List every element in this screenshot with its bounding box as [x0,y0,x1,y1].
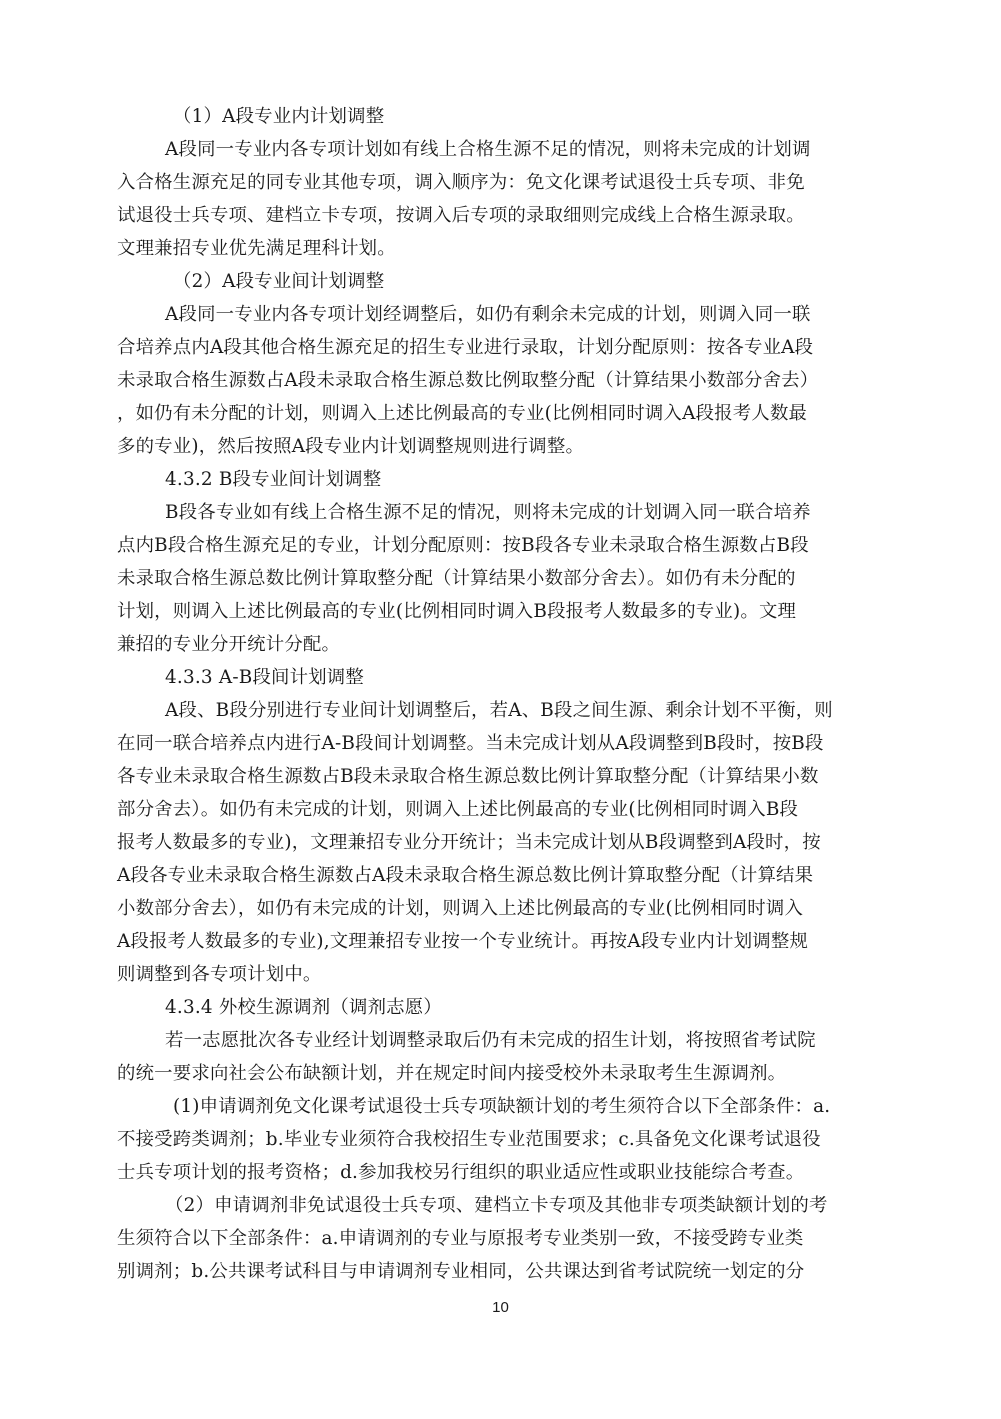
paragraph-line: 多的专业)，然后按照A段专业内计划调整规则进行调整。 [117,430,897,463]
paragraph-line: 试退役士兵专项、建档立卡专项，按调入后专项的录取细则完成线上合格生源录取。 [117,199,897,232]
paragraph-line: 兼招的专业分开统计分配。 [117,628,897,661]
paragraph-line: A段报考人数最多的专业),文理兼招专业按一个专业统计。再按A段专业内计划调整规 [117,925,897,958]
paragraph-line: 生须符合以下全部条件：a.申请调剂的专业与原报考专业类别一致，不接受跨专业类 [117,1222,897,1255]
section-heading: 4.3.3 A-B段间计划调整 [117,661,897,694]
document-body: （1）A段专业内计划调整 A段同一专业内各专项计划如有线上合格生源不足的情况，则… [117,100,897,1288]
paragraph-line: 点内B段合格生源充足的专业，计划分配原则：按B段各专业未录取合格生源数占B段 [117,529,897,562]
paragraph-line: 则调整到各专项计划中。 [117,958,897,991]
paragraph-line: 未录取合格生源数占A段未录取合格生源总数比例取整分配（计算结果小数部分舍去） [117,364,897,397]
paragraph-line: 文理兼招专业优先满足理科计划。 [117,232,897,265]
paragraph-line: A段同一专业内各专项计划经调整后，如仍有剩余未完成的计划，则调入同一联 [117,298,897,331]
paragraph-line: 未录取合格生源总数比例计算取整分配（计算结果小数部分舍去）。如仍有未分配的 [117,562,897,595]
paragraph-line: （2）申请调剂非免试退役士兵专项、建档立卡专项及其他非专项类缺额计划的考 [117,1189,897,1222]
section-heading: （1）A段专业内计划调整 [117,100,897,133]
document-page: （1）A段专业内计划调整 A段同一专业内各专项计划如有线上合格生源不足的情况，则… [0,0,1001,1419]
paragraph-line: 小数部分舍去），如仍有未完成的计划，则调入上述比例最高的专业(比例相同时调入 [117,892,897,925]
paragraph-line: 各专业未录取合格生源数占B段未录取合格生源总数比例计算取整分配（计算结果小数 [117,760,897,793]
paragraph-line: 士兵专项计划的报考资格；d.参加我校另行组织的职业适应性或职业技能综合考查。 [117,1156,897,1189]
section-heading: （2）A段专业间计划调整 [117,265,897,298]
page-number: 10 [0,1299,1001,1316]
paragraph-line: 的统一要求向社会公布缺额计划，并在规定时间内接受校外未录取考生生源调剂。 [117,1057,897,1090]
paragraph-line: 部分舍去）。如仍有未完成的计划，则调入上述比例最高的专业(比例相同时调入B段 [117,793,897,826]
paragraph-line: (1)申请调剂免文化课考试退役士兵专项缺额计划的考生须符合以下全部条件：a. [117,1090,897,1123]
section-heading: 4.3.2 B段专业间计划调整 [117,463,897,496]
paragraph-line: 报考人数最多的专业)，文理兼招专业分开统计；当未完成计划从B段调整到A段时，按 [117,826,897,859]
paragraph-line: A段同一专业内各专项计划如有线上合格生源不足的情况，则将未完成的计划调 [117,133,897,166]
paragraph-line: 计划，则调入上述比例最高的专业(比例相同时调入B段报考人数最多的专业)。文理 [117,595,897,628]
section-heading: 4.3.4 外校生源调剂（调剂志愿） [117,991,897,1024]
paragraph-line: 在同一联合培养点内进行A-B段间计划调整。当未完成计划从A段调整到B段时，按B段 [117,727,897,760]
paragraph-line: ，如仍有未分配的计划，则调入上述比例最高的专业(比例相同时调入A段报考人数最 [117,397,897,430]
paragraph-line: 合培养点内A段其他合格生源充足的招生专业进行录取，计划分配原则：按各专业A段 [117,331,897,364]
paragraph-line: B段各专业如有线上合格生源不足的情况，则将未完成的计划调入同一联合培养 [117,496,897,529]
paragraph-line: 不接受跨类调剂；b.毕业专业须符合我校招生专业范围要求；c.具备免文化课考试退役 [117,1123,897,1156]
paragraph-line: 若一志愿批次各专业经计划调整录取后仍有未完成的招生计划，将按照省考试院 [117,1024,897,1057]
paragraph-line: A段、B段分别进行专业间计划调整后，若A、B段之间生源、剩余计划不平衡，则 [117,694,897,727]
paragraph-line: 别调剂；b.公共课考试科目与申请调剂专业相同，公共课达到省考试院统一划定的分 [117,1255,897,1288]
paragraph-line: A段各专业未录取合格生源数占A段未录取合格生源总数比例计算取整分配（计算结果 [117,859,897,892]
paragraph-line: 入合格生源充足的同专业其他专项，调入顺序为：免文化课考试退役士兵专项、非免 [117,166,897,199]
